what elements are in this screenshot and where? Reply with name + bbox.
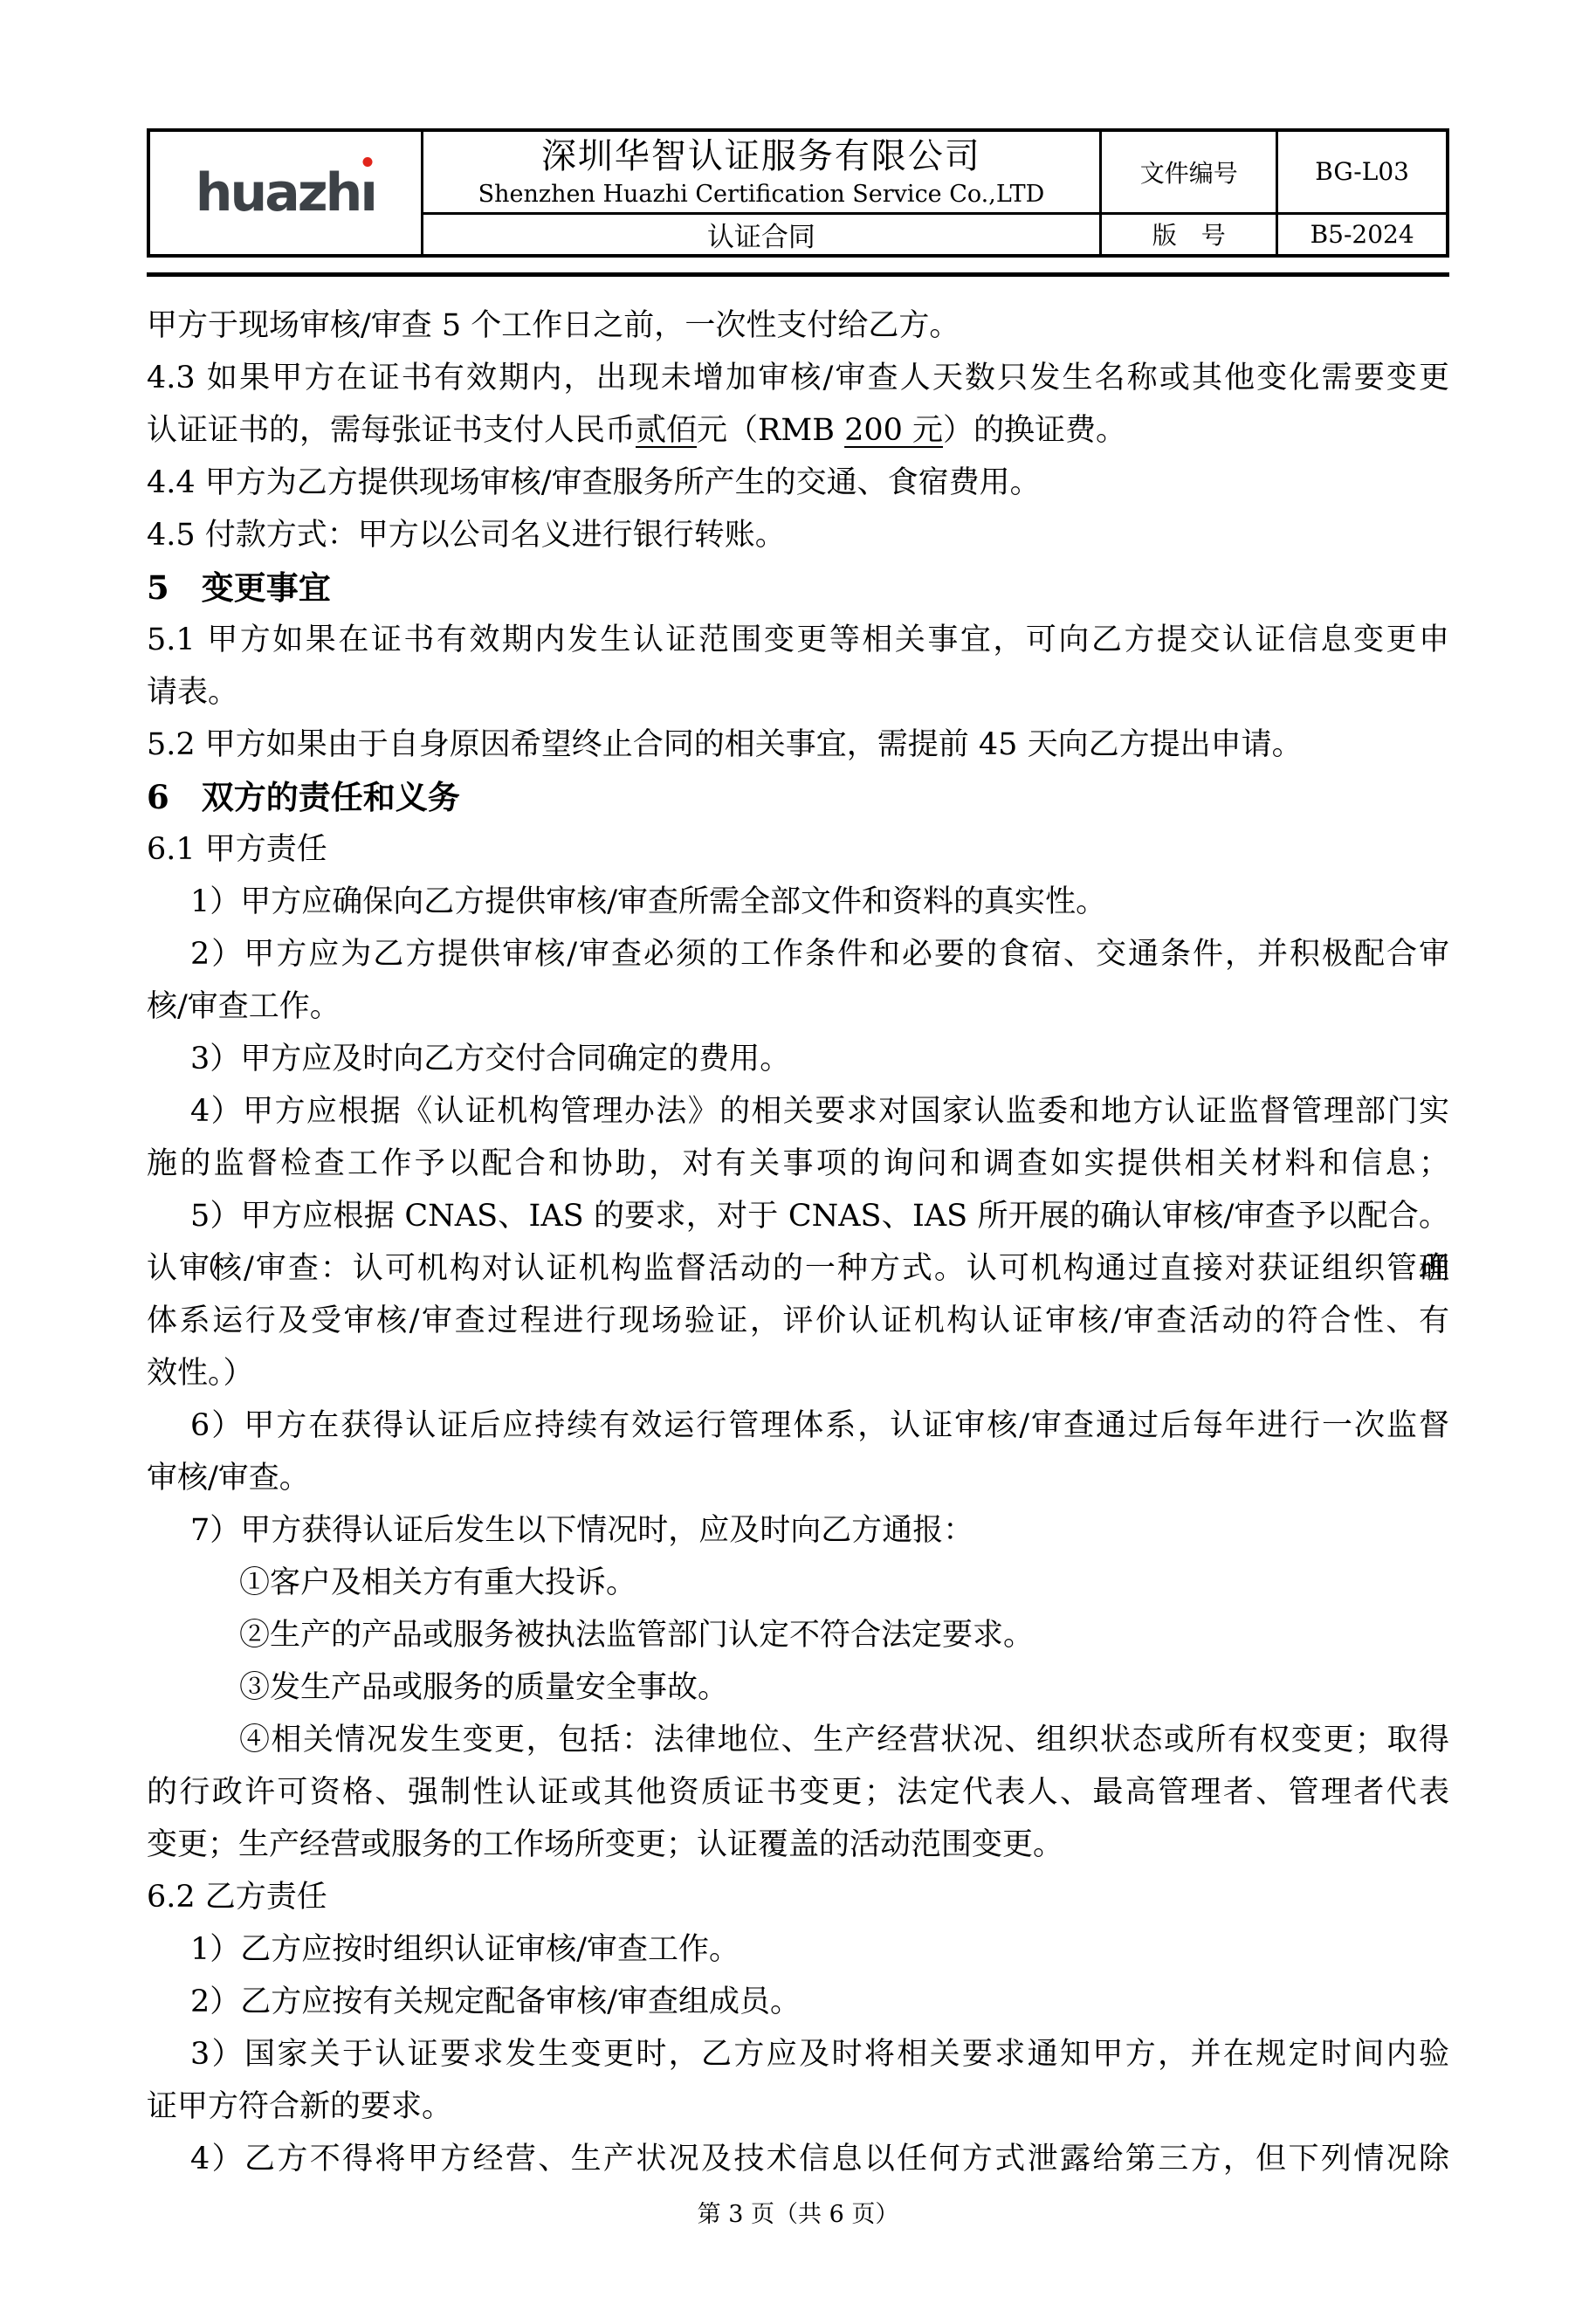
- text-run: 4.3 如果甲方在证书有效期内，出现未增加审核/审查人天数只发生名称或其他变化需…: [147, 361, 1449, 395]
- body-line: 甲方于现场审核/审查 5 个工作日之前，一次性支付给乙方。: [147, 299, 1449, 352]
- body-line: 的行政许可资格、强制性认证或其他资质证书变更；法定代表人、最高管理者、管理者代表: [147, 1766, 1449, 1819]
- header-separator: [147, 272, 1449, 277]
- text-run: ）的换证费。: [943, 413, 1126, 448]
- section-heading: 6 双方的责任和义务: [147, 771, 1449, 823]
- body-line: ④相关情况发生变更，包括：法律地位、生产经营状况、组织状态或所有权变更；取得: [147, 1714, 1449, 1766]
- text-run: 核/审查工作。: [147, 989, 341, 1024]
- text-run: 6）甲方在获得认证后应持续有效运行管理体系，认证审核/审查通过后每年进行一次监督: [190, 1408, 1449, 1443]
- text-run: 施的监督检查工作予以配合和协助，对有关事项的询问和调查如实提供相关材料和信息；: [147, 1146, 1449, 1181]
- body-line: 请表。: [147, 666, 1449, 719]
- body-line: 3）国家关于认证要求发生变更时，乙方应及时将相关要求通知甲方，并在规定时间内验: [147, 2028, 1449, 2080]
- text-run: 1）乙方应按时组织认证审核/审查工作。: [190, 1932, 740, 1967]
- body-line: 1）乙方应按时组织认证审核/审查工作。: [147, 1923, 1449, 1976]
- doc-no-value: BG-L03: [1315, 157, 1409, 186]
- version-label: 版 号: [1152, 221, 1226, 250]
- body-line: 1）甲方应确保向乙方提供审核/审查所需全部文件和资料的真实性。: [147, 876, 1449, 928]
- text-run: 甲方于现场审核/审查 5 个工作日之前，一次性支付给乙方。: [147, 308, 960, 343]
- body-line: 5.1 甲方如果在证书有效期内发生认证范围变更等相关事宜，可向乙方提交认证信息变…: [147, 614, 1449, 666]
- text-run: 6.2 乙方责任: [147, 1880, 327, 1915]
- text-run: ②生产的产品或服务被执法监管部门认定不符合法定要求。: [239, 1618, 1034, 1653]
- body-line: 6.2 乙方责任: [147, 1871, 1449, 1923]
- body-line: ②生产的产品或服务被执法监管部门认定不符合法定要求。: [147, 1609, 1449, 1661]
- body-line: 4）甲方应根据《认证机构管理办法》的相关要求对国家认监委和地方认证监督管理部门实: [147, 1085, 1449, 1138]
- text-run: 2）甲方应为乙方提供审核/审查必须的工作条件和必要的食宿、交通条件，并积极配合审: [190, 937, 1449, 972]
- body-line: 4.4 甲方为乙方提供现场审核/审查服务所产生的交通、食宿费用。: [147, 457, 1449, 509]
- text-run: 认证证书的，需每张证书支付人民币: [147, 413, 636, 448]
- company-cell: 深圳华智认证服务有限公司 Shenzhen Huazhi Certificati…: [422, 130, 1100, 213]
- underlined-text: 200 元: [844, 413, 943, 448]
- text-run: 5.1 甲方如果在证书有效期内发生认证范围变更等相关事宜，可向乙方提交认证信息变…: [147, 622, 1449, 657]
- text-run: 证甲方符合新的要求。: [147, 2089, 452, 2124]
- text-run: 6.1 甲方责任: [147, 832, 327, 867]
- body-line: 5.2 甲方如果由于自身原因希望终止合同的相关事宜，需提前 45 天向乙方提出申…: [147, 719, 1449, 771]
- version-label-cell: 版 号: [1101, 213, 1277, 256]
- section-heading: 5 变更事宜: [147, 561, 1449, 614]
- text-run: 5.2 甲方如果由于自身原因希望终止合同的相关事宜，需提前 45 天向乙方提出申…: [147, 727, 1303, 762]
- body-line: 认审核/审查：认可机构对认证机构监督活动的一种方式。认可机构通过直接对获证组织管…: [147, 1242, 1449, 1295]
- body-line: ③发生产品或服务的质量安全事故。: [147, 1661, 1449, 1714]
- text-run: ①客户及相关方有重大投诉。: [239, 1565, 636, 1600]
- logo-red-dot: [363, 157, 373, 167]
- body-line: 2）乙方应按有关规定配备审核/审查组成员。: [147, 1976, 1449, 2028]
- body-line: 5）甲方应根据 CNAS、IAS 的要求，对于 CNAS、IAS 所开展的确认审…: [147, 1190, 1449, 1242]
- body-line: 7）甲方获得认证后发生以下情况时，应及时向乙方通报：: [147, 1504, 1449, 1557]
- text-run: 5 变更事宜: [147, 568, 331, 607]
- body-line: 4.5 付款方式：甲方以公司名义进行银行转账。: [147, 509, 1449, 561]
- text-run: 变更；生产经营或服务的工作场所变更；认证覆盖的活动范围变更。: [147, 1827, 1063, 1862]
- text-run: 元（RMB: [697, 413, 844, 448]
- version-value: B5-2024: [1311, 220, 1414, 249]
- doc-no-label: 文件编号: [1140, 159, 1238, 188]
- doc-title-cell: 认证合同: [422, 213, 1100, 256]
- page-number: 第 3 页（共 6 页）: [698, 2201, 899, 2228]
- text-run: 4.5 付款方式：甲方以公司名义进行银行转账。: [147, 518, 786, 553]
- body-line: 审核/审查。: [147, 1452, 1449, 1504]
- text-run: ④相关情况发生变更，包括：法律地位、生产经营状况、组织状态或所有权变更；取得: [239, 1723, 1449, 1757]
- text-run: 4）乙方不得将甲方经营、生产状况及技术信息以任何方式泄露给第三方，但下列情况除: [190, 2142, 1449, 2177]
- text-run: 7）甲方获得认证后发生以下情况时，应及时向乙方通报：: [190, 1513, 973, 1548]
- text-run: 3）国家关于认证要求发生变更时，乙方应及时将相关要求通知甲方，并在规定时间内验: [190, 2037, 1449, 2072]
- text-run: 4）甲方应根据《认证机构管理办法》的相关要求对国家认监委和地方认证监督管理部门实: [190, 1094, 1449, 1129]
- body-line: 2）甲方应为乙方提供审核/审查必须的工作条件和必要的食宿、交通条件，并积极配合审: [147, 928, 1449, 980]
- text-run: 6 双方的责任和义务: [147, 778, 460, 816]
- underlined-text: 贰佰: [636, 413, 697, 448]
- text-run: 1）甲方应确保向乙方提供审核/审查所需全部文件和资料的真实性。: [190, 884, 1106, 919]
- text-run: 4.4 甲方为乙方提供现场审核/审查服务所产生的交通、食宿费用。: [147, 465, 1041, 500]
- body-line: 变更；生产经营或服务的工作场所变更；认证覆盖的活动范围变更。: [147, 1819, 1449, 1871]
- doc-no-label-cell: 文件编号: [1101, 130, 1277, 213]
- body-line: 4）乙方不得将甲方经营、生产状况及技术信息以任何方式泄露给第三方，但下列情况除: [147, 2133, 1449, 2185]
- text-run: ③发生产品或服务的质量安全事故。: [239, 1670, 728, 1705]
- huazhi-logo: huazhı: [196, 167, 375, 219]
- body-line: 3）甲方应及时向乙方交付合同确定的费用。: [147, 1033, 1449, 1085]
- text-run: 的行政许可资格、强制性认证或其他资质证书变更；法定代表人、最高管理者、管理者代表: [147, 1775, 1449, 1810]
- body-line: ①客户及相关方有重大投诉。: [147, 1557, 1449, 1609]
- document-page: huazhı 深圳华智认证服务有限公司 Shenzhen Huazhi Cert…: [0, 0, 1596, 2297]
- text-run: 效性。）: [147, 1356, 254, 1391]
- text-run: 认审核/审查：认可机构对认证机构监督活动的一种方式。认可机构通过直接对获证组织管…: [147, 1251, 1449, 1286]
- body-line: 体系运行及受审核/审查过程进行现场验证，评价认证机构认证审核/审查活动的符合性、…: [147, 1295, 1449, 1347]
- text-run: 3）甲方应及时向乙方交付合同确定的费用。: [190, 1042, 790, 1076]
- body-line: 证甲方符合新的要求。: [147, 2080, 1449, 2133]
- body-line: 6.1 甲方责任: [147, 823, 1449, 876]
- body-line: 4.3 如果甲方在证书有效期内，出现未增加审核/审查人天数只发生名称或其他变化需…: [147, 352, 1449, 404]
- body-line: 认证证书的，需每张证书支付人民币贰佰元（RMB 200 元）的换证费。: [147, 404, 1449, 457]
- text-run: 审核/审查。: [147, 1461, 310, 1496]
- text-run: 2）乙方应按有关规定配备审核/审查组成员。: [190, 1984, 801, 2019]
- logo-cell: huazhı: [148, 130, 422, 256]
- body-line: 6）甲方在获得认证后应持续有效运行管理体系，认证审核/审查通过后每年进行一次监督: [147, 1400, 1449, 1452]
- doc-no-value-cell: BG-L03: [1277, 130, 1448, 213]
- body-line: 施的监督检查工作予以配合和协助，对有关事项的询问和调查如实提供相关材料和信息；: [147, 1138, 1449, 1190]
- page-footer: 第 3 页（共 6 页）: [0, 2195, 1596, 2229]
- text-run: 体系运行及受审核/审查过程进行现场验证，评价认证机构认证审核/审查活动的符合性、…: [147, 1303, 1449, 1338]
- doc-title: 认证合同: [707, 222, 815, 253]
- body-line: 效性。）: [147, 1347, 1449, 1400]
- header-table: huazhı 深圳华智认证服务有限公司 Shenzhen Huazhi Cert…: [147, 128, 1449, 258]
- body-line: 核/审查工作。: [147, 980, 1449, 1033]
- contract-body: 甲方于现场审核/审查 5 个工作日之前，一次性支付给乙方。4.3 如果甲方在证书…: [147, 299, 1449, 2185]
- company-name-cn: 深圳华智认证服务有限公司: [423, 135, 1099, 177]
- version-value-cell: B5-2024: [1277, 213, 1448, 256]
- text-run: 请表。: [147, 675, 238, 710]
- company-name-en: Shenzhen Huazhi Certification Service Co…: [423, 181, 1099, 209]
